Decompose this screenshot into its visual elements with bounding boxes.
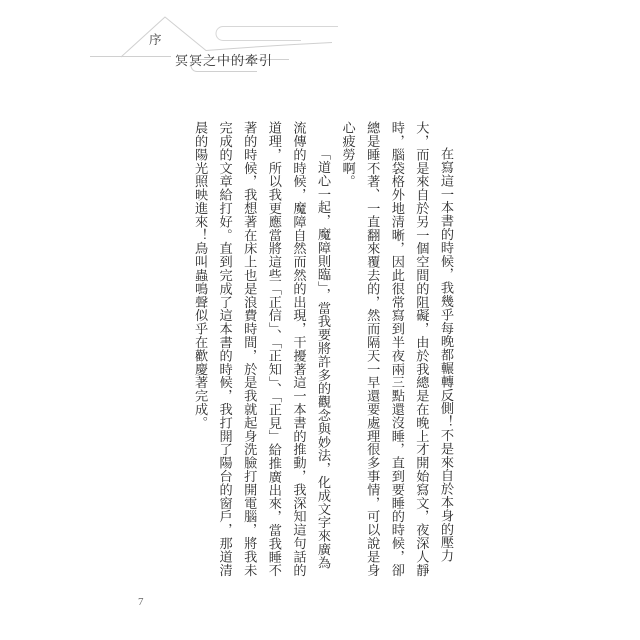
- page-number: 7: [138, 596, 144, 608]
- page-title: 冥冥之中的牽引: [175, 50, 273, 69]
- book-page: 序 冥冥之中的牽引 在寫這一本書的時候，我幾乎每晚都輾轉反側！不是來自於本身的壓…: [0, 0, 640, 640]
- paragraph-2: 「道心一起，魔障則臨」，當我要將許多的觀念與妙法，化成文字來廣為流傳的時候，魔障…: [187, 121, 335, 579]
- section-label: 序: [149, 32, 162, 47]
- preface-body: 在寫這一本書的時候，我幾乎每晚都輾轉反側！不是來自於本身的壓力大，而是來自於另一…: [180, 121, 458, 579]
- paragraph-1: 在寫這一本書的時候，我幾乎每晚都輾轉反側！不是來自於本身的壓力大，而是來自於另一…: [335, 121, 458, 579]
- cloud-swirl-icon: [216, 27, 338, 41]
- header-line-art: 序: [0, 0, 640, 100]
